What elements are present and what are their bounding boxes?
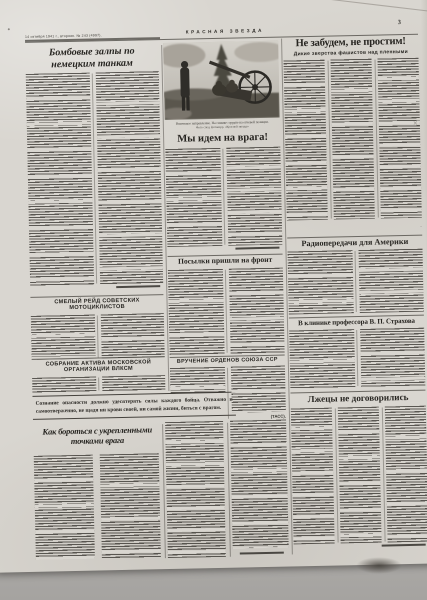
- body-text-block: [95, 71, 163, 284]
- photo-caption: Вяземское направление. На снимке: орудие…: [162, 120, 283, 131]
- body-text-block: [34, 455, 95, 561]
- signature-bar: [240, 552, 284, 555]
- corner-shadow: [356, 557, 402, 574]
- body-text-block: [230, 420, 289, 549]
- body-text-block: [378, 58, 422, 219]
- article-body: [291, 405, 427, 544]
- body-text-block: [230, 366, 285, 413]
- article-not-forget: Не забудем, не простим! Дикие зверства ф…: [283, 36, 422, 221]
- article-komsomol-meeting: СОБРАНИЕ АКТИВА МОСКОВСКОЙ ОРГАНИЗАЦИИ В…: [32, 359, 166, 393]
- signature-bar: [116, 285, 160, 288]
- headline-komsomol: СОБРАНИЕ АКТИВА МОСКОВСКОЙ ОРГАНИЗАЦИИ В…: [32, 359, 165, 375]
- body-text-block: [289, 329, 355, 388]
- body-text-block: [100, 313, 164, 358]
- masthead-title: КРАСНАЯ ЗВЕЗДА: [160, 27, 290, 35]
- headline-parcels: Посылки пришли на фронт: [168, 256, 283, 267]
- article-body: [284, 58, 422, 221]
- article-body: [289, 328, 425, 389]
- page-number: 3: [398, 19, 401, 26]
- headline-we-go: Мы идем на врага!: [165, 132, 280, 146]
- article-fortified-points: Как бороться с укрепленными точками враг…: [33, 420, 289, 563]
- body-text-block: [102, 375, 166, 391]
- body-text-block: [360, 328, 426, 387]
- article-body: [31, 313, 165, 360]
- body-text-block: [288, 251, 354, 315]
- article-body: (ТАСС).: [170, 366, 286, 421]
- body-text-block: [338, 406, 382, 543]
- article-liars: Лжецы не договорились: [291, 392, 427, 549]
- signature-bar: [235, 247, 279, 250]
- body-text-block: [291, 407, 335, 544]
- body-text-block: [26, 73, 94, 286]
- headline-orders: ВРУЧЕНИЕ ОРДЕНОВ СОЮЗА ССР: [170, 357, 285, 366]
- body-text-block: [165, 421, 226, 558]
- headline-clinic: В клинике профессора В. П. Страхова: [289, 317, 424, 328]
- body-text-block: [228, 267, 284, 353]
- article-parcels: Посылки пришли на фронт: [168, 256, 285, 355]
- body-text-block: [31, 314, 95, 359]
- body-text-block: [385, 405, 427, 542]
- body-text-block: [32, 376, 96, 392]
- headline-fortified-points: Как бороться с укрепленными точками враг…: [33, 425, 161, 447]
- headline-liars: Лжецы не договорились: [291, 392, 426, 405]
- article-radio-america: Радиопередачи для Америки: [287, 237, 424, 315]
- headline-radio: Радиопередачи для Америки: [287, 237, 422, 249]
- article-body: [165, 147, 282, 247]
- body-text-block: [331, 59, 375, 220]
- article-we-go-at-enemy: Мы идем на врага!: [165, 132, 282, 252]
- body-text-block: [358, 249, 424, 313]
- page-crease: [298, 0, 427, 12]
- article-orders-presented: ВРУЧЕНИЕ ОРДЕНОВ СОЮЗА ССР (ТАСС).: [170, 357, 286, 421]
- article-body: [168, 267, 285, 354]
- pencil-mark: ×: [413, 120, 418, 127]
- body-text-block: [284, 60, 328, 221]
- headline-moto-raid: СМЕЛЫЙ РЕЙД СОВЕТСКИХ МОТОЦИКЛИСТОВ: [30, 297, 163, 313]
- article-body: [32, 375, 165, 393]
- page-content: 14 октября 1941 г., вторник. № 243 (4997…: [0, 0, 427, 600]
- newspaper-page: 14 октября 1941 г., вторник. № 243 (4997…: [0, 0, 427, 573]
- body-text-block: [226, 147, 283, 246]
- article-body: [26, 71, 163, 286]
- article-clinic: В клинике профессора В. П. Страхова: [289, 317, 425, 389]
- front-photo-artillery: [163, 41, 280, 120]
- signature-bar: [382, 543, 426, 546]
- scan-speck: [8, 28, 10, 30]
- body-text-block: [165, 148, 222, 247]
- body-text-block: [168, 268, 224, 354]
- article-bomb-salvos: Бомбовые залпы по немецким танкам: [25, 45, 163, 290]
- body-text-block: [170, 367, 225, 394]
- article-moto-raid: СМЕЛЫЙ РЕЙД СОВЕТСКИХ МОТОЦИКЛИСТОВ: [30, 297, 164, 360]
- subtitle-not-forget: Дикие зверства фашистов над пленными: [283, 49, 418, 58]
- newspaper-scan: 14 октября 1941 г., вторник. № 243 (4997…: [0, 0, 427, 600]
- article-body: [288, 249, 424, 315]
- tass-credit: (ТАСС).: [231, 413, 286, 419]
- pencil-mark: ·: [420, 224, 422, 231]
- body-text-column: (ТАСС).: [230, 366, 286, 420]
- headline-bomb-salvos: Бомбовые залпы по немецким танкам: [25, 45, 158, 71]
- body-text-block: [100, 453, 161, 559]
